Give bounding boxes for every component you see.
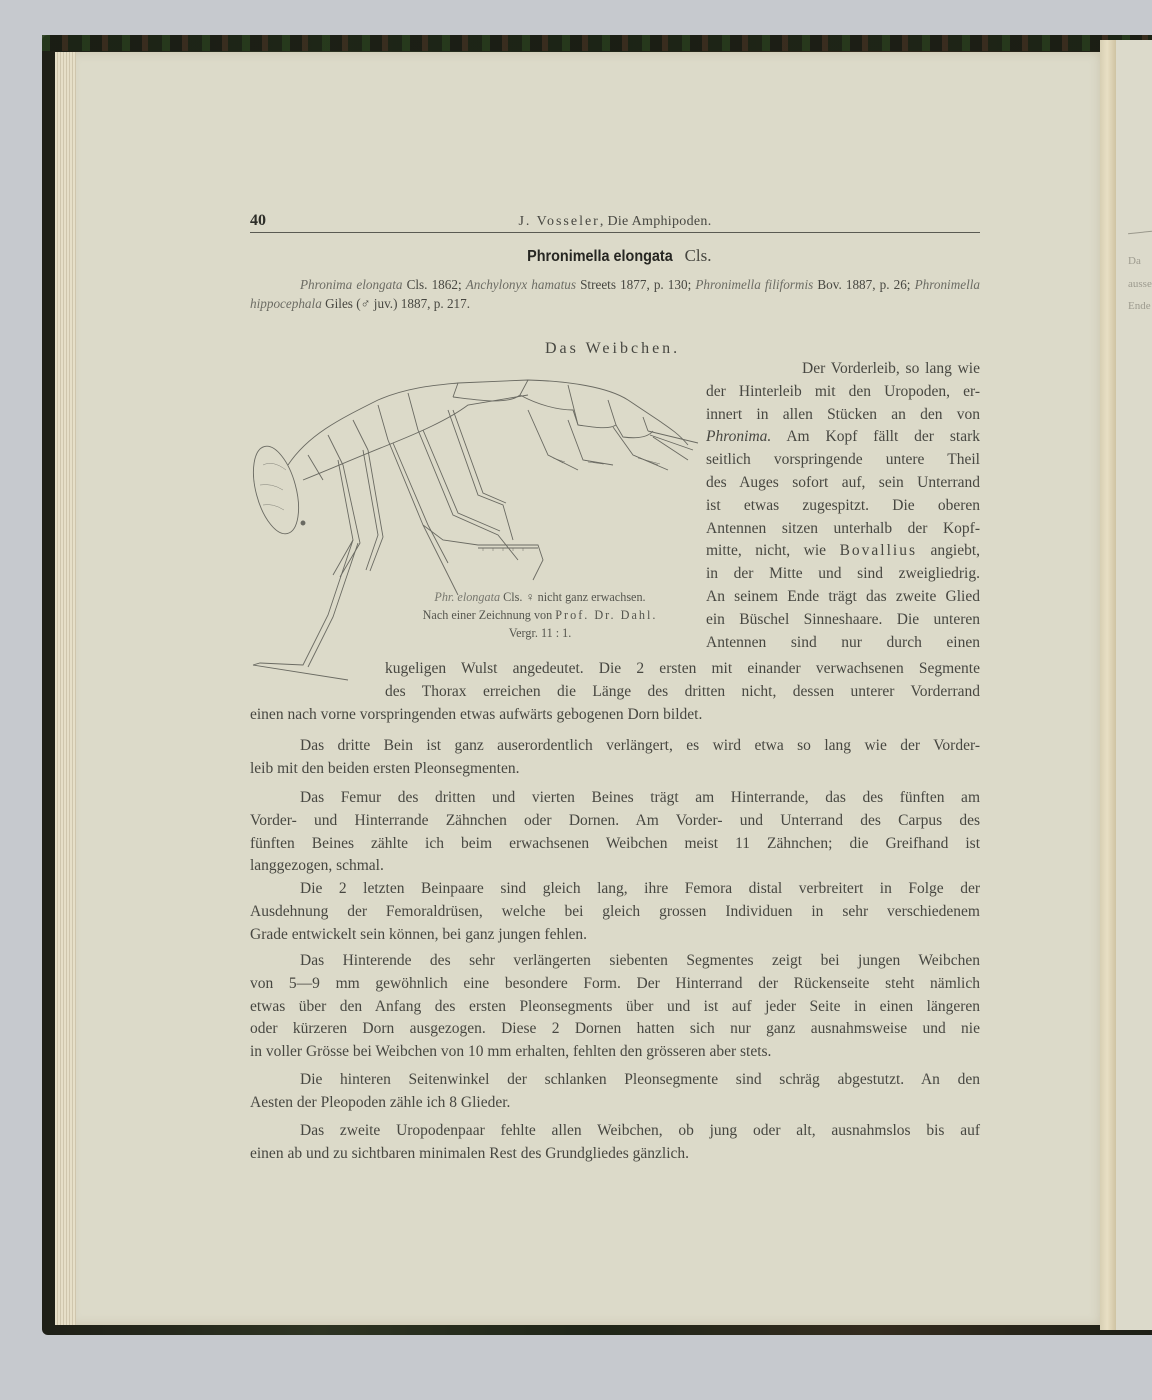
caption-illustrator: Prof. Dr. Dahl.: [555, 608, 657, 622]
synonym-name: Phronima elongata: [300, 277, 403, 292]
facing-page-text: ausse: [1128, 278, 1152, 290]
text-line: Aesten der Pleopoden zähle ich 8 Glieder…: [250, 1092, 980, 1115]
section-heading: Das Weibchen.: [545, 340, 680, 358]
caption-line-1: Phr. elongata Cls. ♀ nicht ganz erwachse…: [385, 588, 695, 606]
text-line: etwas über den Anfang des ersten Pleonse…: [250, 996, 980, 1019]
text-line: in der Mitte und sind zweigliedrig.: [706, 563, 980, 586]
synonym-citation: Giles (♂ juv.) 1887, p. 217.: [322, 296, 470, 311]
facing-page-text: Ende: [1128, 300, 1152, 312]
text-line: Das Hinterende des sehr verlängerten sie…: [250, 950, 980, 973]
species-heading: Phronimella elongata Cls.: [250, 246, 980, 266]
text-line: von 5—9 mm gewöhnlich eine besondere For…: [250, 973, 980, 996]
text-line: einen nach vorne vorspringenden etwas au…: [250, 704, 980, 727]
facing-page-text: Da: [1128, 255, 1152, 267]
text-line: leib mit den beiden ersten Pleonsegmente…: [250, 758, 980, 781]
text-line: Das dritte Bein ist ganz auserordentlich…: [250, 735, 980, 758]
text-line: mitte, nicht, wie Bovallius angiebt,: [706, 540, 980, 563]
species-name: Phronimella elongata: [527, 248, 673, 266]
running-header: 40 J. Vosseler, Die Amphipoden.: [250, 212, 980, 233]
running-title: J. Vosseler, Die Amphipoden.: [250, 214, 980, 230]
paragraph-femur: Das Femur des dritten und vierten Beines…: [250, 787, 980, 878]
text-line: Phronima. Am Kopf fällt der stark: [706, 426, 980, 449]
amphipod-illustration: [248, 365, 708, 695]
text-line: Die 2 letzten Beinpaare sind gleich lang…: [250, 878, 980, 901]
text-line: fünften Beines zählte ich beim erwachsen…: [250, 833, 980, 856]
synonym-citation: Streets 1877, p. 130;: [576, 277, 695, 292]
text-line: Grade entwickelt sein können, bei ganz j…: [250, 924, 980, 947]
synonymy-block: Phronima elongata Cls. 1862; Anchylonyx …: [250, 275, 980, 313]
paragraph-seventh-segment: Das Hinterende des sehr verlängerten sie…: [250, 950, 980, 1064]
running-title-rest: , Die Amphipoden.: [600, 214, 712, 229]
text-line: der Hinterleib mit den Uropoden, er-: [706, 381, 980, 404]
caption-line-3: Vergr. 11 : 1.: [385, 624, 695, 642]
text-line: An seinem Ende trägt das zweite Glied: [706, 586, 980, 609]
right-column-paragraph: Der Vorderleib, so lang wieder Hinterlei…: [706, 358, 980, 654]
synonym-name: Phronimella filiformis: [695, 277, 813, 292]
text-line: in voller Grösse bei Weibchen von 10 mm …: [250, 1041, 980, 1064]
text-line: Ausdehnung der Femoraldrüsen, welche bei…: [250, 901, 980, 924]
caption-species: Phr. elongata: [434, 590, 500, 604]
text-line: oder kürzeren Dorn ausgezogen. Diese 2 D…: [250, 1018, 980, 1041]
text-line: des Thorax erreichen die Länge des dritt…: [385, 681, 980, 704]
running-title-author: J. Vosseler: [518, 214, 599, 229]
caption-description: Cls. ♀ nicht ganz erwachsen.: [500, 590, 646, 604]
paragraph-pleon: Die hinteren Seitenwinkel der schlanken …: [250, 1069, 980, 1115]
text-line: Das Femur des dritten und vierten Beines…: [250, 787, 980, 810]
text-line: einen ab und zu sichtbaren minimalen Res…: [250, 1143, 980, 1166]
book-cover-marbled-edge: [42, 35, 1152, 51]
text-line: ist etwas zugespitzt. Die oberen: [706, 495, 980, 518]
species-author: Cls.: [685, 246, 712, 265]
paragraph-1-end: einen nach vorne vorspringenden etwas au…: [250, 704, 980, 727]
text-line: innert in allen Stücken an den von: [706, 404, 980, 427]
paragraph-third-leg: Das dritte Bein ist ganz auserordentlich…: [250, 735, 980, 781]
caption-source: Nach einer Zeichnung von: [423, 608, 556, 622]
text-line: kugeligen Wulst angedeutet. Die 2 ersten…: [385, 658, 980, 681]
text-line: Antennen sind nur durch einen: [706, 632, 980, 655]
paragraph-last-legs: Die 2 letzten Beinpaare sind gleich lang…: [250, 878, 980, 946]
caption-line-2: Nach einer Zeichnung von Prof. Dr. Dahl.: [385, 606, 695, 624]
text-line: Der Vorderleib, so lang wie: [706, 358, 980, 381]
text-line: seitlich vorspringende untere Theil: [706, 449, 980, 472]
text-line: Antennen sitzen unterhalb der Kopf-: [706, 518, 980, 541]
text-line: Vorder- und Hinterrande Zähnchen oder Do…: [250, 810, 980, 833]
text-line: langgezogen, schmal.: [250, 855, 980, 878]
text-line: Die hinteren Seitenwinkel der schlanken …: [250, 1069, 980, 1092]
paragraph-uropods: Das zweite Uropodenpaar fehlte allen Wei…: [250, 1120, 980, 1166]
wrapped-text-under-figure: kugeligen Wulst angedeutet. Die 2 ersten…: [385, 658, 980, 704]
synonym-citation: Cls. 1862;: [403, 277, 466, 292]
text-line: des Auges sofort auf, sein Unterrand: [706, 472, 980, 495]
text-line: Das zweite Uropodenpaar fehlte allen Wei…: [250, 1120, 980, 1143]
figure-caption: Phr. elongata Cls. ♀ nicht ganz erwachse…: [385, 588, 695, 642]
synonym-name: Anchylonyx hamatus: [466, 277, 576, 292]
synonym-citation: Bov. 1887, p. 26;: [813, 277, 914, 292]
text-line: ein Büschel Sinneshaare. Die unteren: [706, 609, 980, 632]
